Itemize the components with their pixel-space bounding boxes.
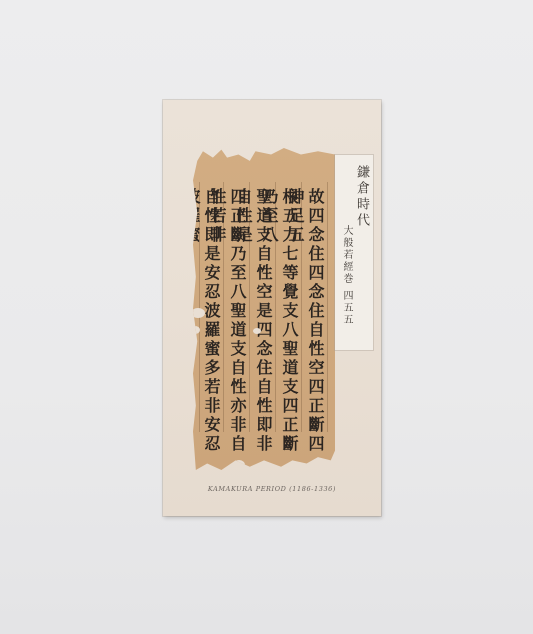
text-column-5: 自性即是安忍波羅蜜多若非安忍波羅蜜 bbox=[201, 188, 221, 470]
label-title: 大般若經巻 四五五 bbox=[339, 225, 354, 326]
paper-damage bbox=[191, 308, 205, 318]
paper-damage bbox=[233, 460, 245, 470]
paper-damage bbox=[190, 326, 200, 334]
label-period: 鎌倉時代 bbox=[352, 165, 371, 229]
attribution-label: 鎌倉時代 大般若經巻 四五五 bbox=[335, 155, 373, 350]
text-column-2: 根五力七等覺支八聖道支四正斷乃至八 bbox=[279, 188, 299, 470]
period-caption: KAMAKURA PERIOD (1186-1336) bbox=[163, 485, 381, 493]
sutra-fragment: 故四念住四念住自性空四正斷四神足五 根五力七等覺支八聖道支四正斷乃至八 聖道支自… bbox=[193, 148, 335, 470]
mounting-board: 故四念住四念住自性空四正斷四神足五 根五力七等覺支八聖道支四正斷乃至八 聖道支自… bbox=[163, 100, 381, 516]
text-column-4: 四正斷乃至八聖道支自性亦非自性若非 bbox=[227, 188, 247, 470]
column-rule bbox=[327, 182, 328, 432]
text-column-1: 故四念住四念住自性空四正斷四神足五 bbox=[305, 188, 325, 470]
paper-damage bbox=[253, 328, 261, 334]
